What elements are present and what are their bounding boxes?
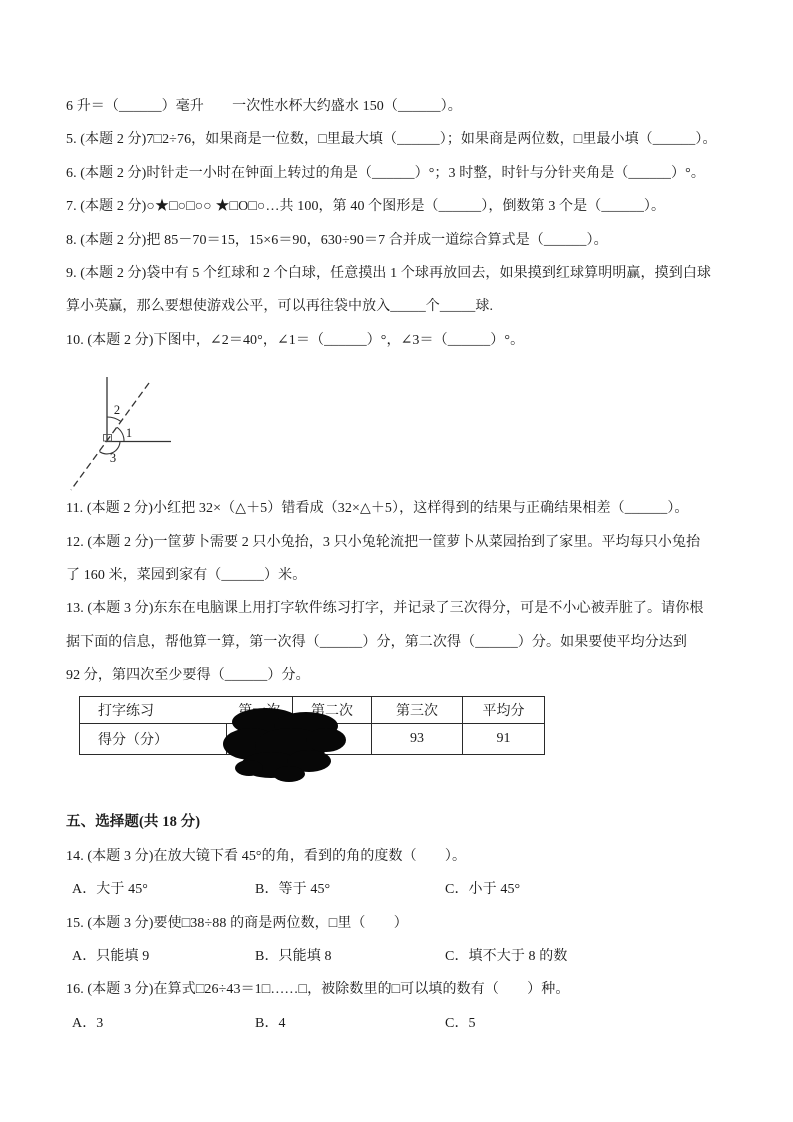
ink-blot [221,704,356,784]
q14-option-a: A．大于 45° [72,873,148,906]
angle-diagram: 2 1 3 [66,357,766,492]
dashed-diagonal-line [71,383,149,490]
q4-continuation-line: 6 升＝（______）毫升 一次性水杯大约盛水 150（______）。 [66,90,766,123]
q15-option-b: B．只能填 8 [255,940,332,973]
angle3-label: 3 [110,451,116,465]
question-11: 11. (本题 2 分)小红把 32×（△＋5）错看成（32×△＋5），这样得到… [66,492,766,525]
angle2-label: 2 [114,403,120,417]
q16-option-a: A．3 [72,1007,103,1040]
angle2-arc [107,417,121,422]
question-9-line2: 算小英赢，那么要想使游戏公平，可以再往袋中放入_____个_____球. [66,290,766,323]
score-row-label: 得分（分） [80,724,227,755]
question-8: 8. (本题 2 分)把 85－70＝15，15×6＝90，630÷90＝7 合… [66,224,766,257]
q15-option-c: C．填不大于 8 的数 [445,940,567,973]
question-16-options: A．3 B．4 C．5 [66,1007,766,1040]
question-13-line3: 92 分，第四次至少要得（______）分。 [66,659,766,692]
q16-option-b: B．4 [255,1007,286,1040]
question-13-line2: 据下面的信息，帮他算一算，第一次得（______）分，第二次得（______）分… [66,626,766,659]
question-13-line1: 13. (本题 3 分)东东在电脑课上用打字软件练习打字，并记录了三次得分，可是… [66,592,766,625]
header-third-time: 第三次 [372,697,463,724]
question-9-line1: 9. (本题 2 分)袋中有 5 个红球和 2 个白球，任意摸出 1 个球再放回… [66,257,766,290]
typing-score-table-wrap: 打字练习 第一次 第二次 第三次 平均分 得分（分） 8 7 93 91 [79,696,549,755]
question-12-line2: 了 160 米，菜园到家有（______）米。 [66,559,766,592]
question-16: 16. (本题 3 分)在算式□26÷43＝1□……□，被除数里的□可以填的数有… [66,973,766,1006]
q14-option-b: B．等于 45° [255,873,330,906]
angle1-label: 1 [126,426,132,440]
question-14: 14. (本题 3 分)在放大镜下看 45°的角，看到的角的度数（ ）。 [66,840,766,873]
question-15-options: A．只能填 9 B．只能填 8 C．填不大于 8 的数 [66,940,766,973]
q16-option-c: C．5 [445,1007,476,1040]
q15-option-a: A．只能填 9 [72,940,149,973]
score-third-time: 93 [372,724,463,755]
question-5: 5. (本题 2 分)7□2÷76，如果商是一位数，□里最大填（______）；… [66,123,766,156]
question-6: 6. (本题 2 分)时针走一小时在钟面上转过的角是（______）°；3 时整… [66,157,766,190]
q14-option-c: C．小于 45° [445,873,520,906]
section-5-title: 五、选择题(共 18 分) [66,806,766,839]
header-average: 平均分 [463,697,545,724]
header-typing-practice: 打字练习 [80,697,227,724]
exam-page-content: 6 升＝（______）毫升 一次性水杯大约盛水 150（______）。 5.… [66,90,766,1040]
question-15: 15. (本题 3 分)要使□38÷88 的商是两位数，□里（ ） [66,907,766,940]
question-10: 10. (本题 2 分)下图中，∠2＝40°，∠1＝（______）°，∠3＝（… [66,324,766,357]
question-14-options: A．大于 45° B．等于 45° C．小于 45° [66,873,766,906]
score-average: 91 [463,724,545,755]
question-12-line1: 12. (本题 2 分)一筐萝卜需要 2 只小兔抬，3 只小兔轮流把一筐萝卜从菜… [66,526,766,559]
angle1-arc [117,427,124,441]
question-7: 7. (本题 2 分)○★□○□○○ ★□O□○…共 100，第 40 个图形是… [66,190,766,223]
angle-diagram-figure: 2 1 3 [66,357,236,492]
